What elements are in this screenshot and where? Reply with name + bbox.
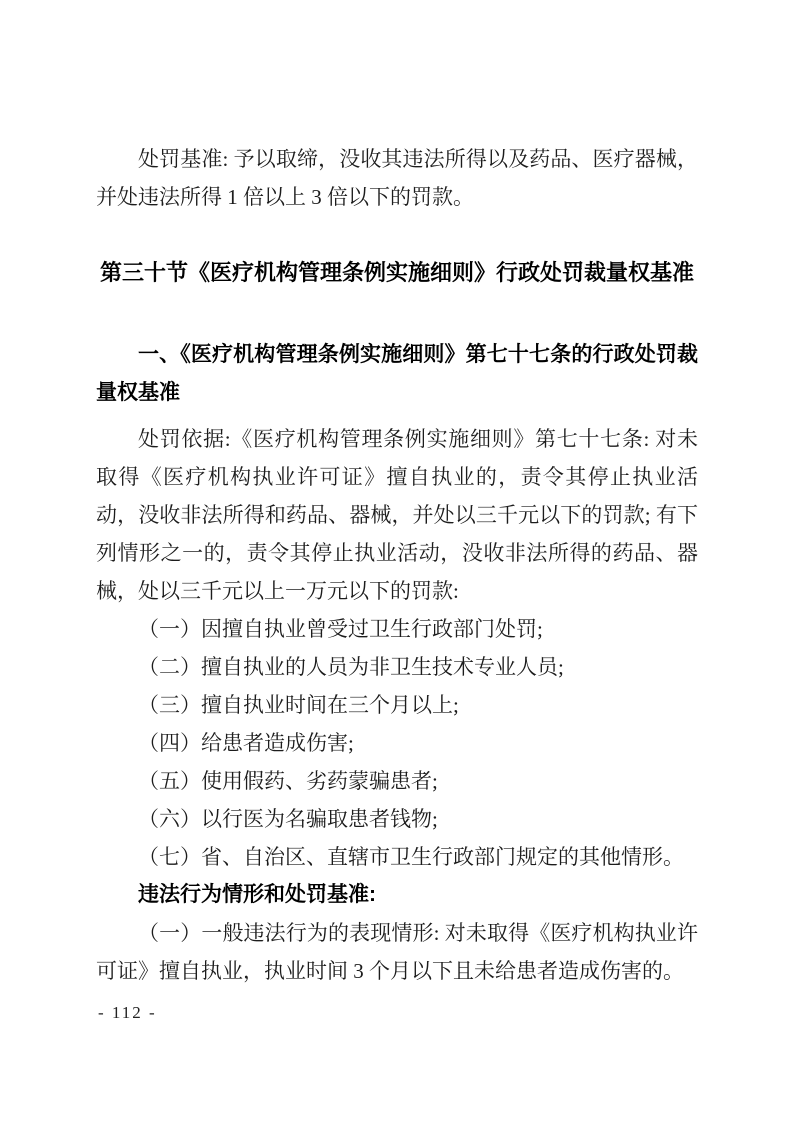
criteria-heading: 违法行为情形和处罚基准: [96, 876, 698, 914]
page-content: 处罚基准: 予以取缔，没收其违法所得以及药品、医疗器械，并处违法所得 1 倍以上… [96, 0, 698, 990]
document-page: 处罚基准: 予以取缔，没收其违法所得以及药品、医疗器械，并处违法所得 1 倍以上… [0, 0, 793, 1122]
violation-item-6: （六）以行医为名骗取患者钱物; [96, 800, 698, 838]
page-number: - 112 - [98, 1002, 157, 1024]
violation-item-5: （五）使用假药、劣药蒙骗患者; [96, 762, 698, 800]
penalty-basis-paragraph: 处罚依据:《医疗机构管理条例实施细则》第七十七条: 对未取得《医疗机构执业许可证… [96, 420, 698, 610]
violation-item-7: （七）省、自治区、直辖市卫生行政部门规定的其他情形。 [96, 838, 698, 876]
subsection-heading: 一、《医疗机构管理条例实施细则》第七十七条的行政处罚裁量权基准 [96, 336, 698, 412]
violation-item-1: （一）因擅自执业曾受过卫生行政部门处罚; [96, 610, 698, 648]
violation-item-2: （二）擅自执业的人员为非卫生技术专业人员; [96, 648, 698, 686]
intro-paragraph: 处罚基准: 予以取缔，没收其违法所得以及药品、医疗器械，并处违法所得 1 倍以上… [96, 140, 698, 216]
section-heading: 第三十节《医疗机构管理条例实施细则》行政处罚裁量权基准 [96, 254, 698, 292]
violation-item-3: （三）擅自执业时间在三个月以上; [96, 686, 698, 724]
criteria-paragraph: （一）一般违法行为的表现情形: 对未取得《医疗机构执业许可证》擅自执业，执业时间… [96, 914, 698, 990]
violation-item-4: （四）给患者造成伤害; [96, 724, 698, 762]
